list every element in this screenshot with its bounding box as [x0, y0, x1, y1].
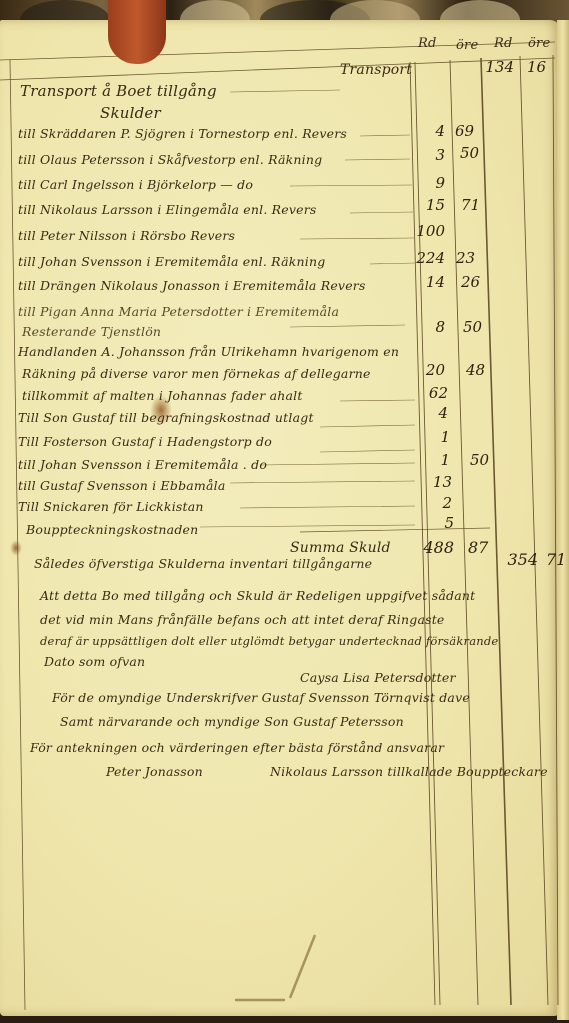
attestation-line: Dato som ofvan: [44, 654, 145, 669]
entry-rd: 8: [412, 318, 445, 336]
entry-text: Till Fosterson Gustaf i Hadengstorp do: [18, 434, 272, 449]
header-rd-2: Rd: [494, 36, 513, 51]
entry-text: Till Snickaren för Lickkistan: [18, 499, 204, 514]
entry-rd: 4: [412, 404, 448, 422]
entry-ore: 50: [463, 318, 482, 336]
entry-text: till Gustaf Svensson i Ebbamåla: [18, 478, 225, 493]
entry-text: till Pigan Anna Maria Petersdotter i Ere…: [18, 304, 339, 319]
signature-widow: Caysa Lisa Petersdotter: [300, 670, 456, 685]
balance-ore: 71: [546, 550, 566, 569]
entry-ore: 26: [461, 273, 480, 291]
entry-rd: 1: [412, 451, 450, 469]
appraisal-line: För antekningen och värderingen efter bä…: [30, 740, 444, 755]
entry-ore: 50: [470, 451, 489, 469]
entry-ore: 69: [455, 122, 474, 140]
attestation-line: det vid min Mans frånfälle befans och at…: [40, 612, 445, 627]
heading: Transport å Boet tillgång: [20, 82, 217, 100]
entry-text: till Johan Svensson i Eremitemåla enl. R…: [18, 254, 325, 269]
entry-text: Resterande Tjenstlön: [22, 324, 161, 339]
entry-text: Till Son Gustaf till begrafningskostnad …: [18, 410, 314, 425]
guardian-line: För de omyndige Underskrifver Gustaf Sve…: [52, 690, 470, 705]
entry-text: tillkommit af malten i Johannas fader ah…: [22, 388, 303, 403]
subheading-skulder: Skulder: [100, 104, 161, 122]
entry-rd: 4: [412, 122, 445, 140]
header-ore-1: öre: [456, 38, 478, 53]
entry-rd: 13: [412, 473, 452, 491]
signature-appraiser-2: Nikolaus Larsson tillkallade Bouppteckar…: [270, 764, 548, 779]
entry-rd: 224: [412, 249, 445, 267]
summa-rd: 488: [406, 538, 454, 557]
entry-rd: 14: [412, 273, 445, 291]
entry-rd: 20: [412, 361, 445, 379]
balance-rd: 354: [500, 550, 538, 569]
signature-appraiser-1: Peter Jonasson: [106, 764, 203, 779]
entry-ore: 23: [456, 249, 475, 267]
transport-rd: 134: [484, 58, 514, 76]
balance-text: Således öfverstiga Skulderna inventari t…: [34, 556, 372, 571]
entry-text: Räkning på diverse varor men förnekas af…: [22, 366, 371, 381]
entry-ore: 50: [460, 144, 479, 162]
transport-label: Transport: [340, 62, 412, 78]
entry-text: till Olaus Petersson i Skåfvestorp enl. …: [18, 152, 322, 167]
entry-rd: 5: [412, 514, 454, 532]
header-rd-1: Rd: [418, 36, 437, 51]
entry-rd: 3: [412, 146, 445, 164]
attestation-line: deraf är uppsättligen dolt eller utglömd…: [40, 634, 498, 648]
bookmark-ribbon: [108, 0, 166, 64]
entry-text: till Johan Svensson i Eremitemåla . do: [18, 457, 267, 472]
entry-rd: 62: [412, 384, 448, 402]
entry-text: till Drängen Nikolaus Jonasson i Eremite…: [18, 278, 366, 293]
entry-text: Bouppteckningskostnaden: [26, 522, 198, 537]
entry-text: till Peter Nilsson i Rörsbo Revers: [18, 228, 235, 243]
entry-text: till Nikolaus Larsson i Elingemåla enl. …: [18, 202, 317, 217]
header-ore-2: öre: [528, 36, 550, 51]
summa-ore: 87: [468, 538, 488, 557]
entry-text: Handlanden A. Johansson från Ulrikehamn …: [18, 344, 399, 359]
entry-rd: 9: [412, 174, 445, 192]
transport-ore: 16: [527, 58, 546, 76]
attestation-line: Att detta Bo med tillgång och Skuld är R…: [40, 588, 475, 603]
entry-rd: 15: [412, 196, 445, 214]
summa-label: Summa Skuld: [290, 540, 391, 556]
entry-text: till Skräddaren P. Sjögren i Tornestorp …: [18, 126, 347, 141]
guardian-line: Samt närvarande och myndige Son Gustaf P…: [60, 714, 404, 729]
entry-ore: 71: [461, 196, 480, 214]
entry-ore: 48: [466, 361, 485, 379]
entry-rd: 100: [412, 222, 445, 240]
entry-rd: 1: [412, 428, 450, 446]
entry-rd: 2: [412, 494, 452, 512]
entry-text: till Carl Ingelsson i Björkelorp — do: [18, 177, 253, 192]
